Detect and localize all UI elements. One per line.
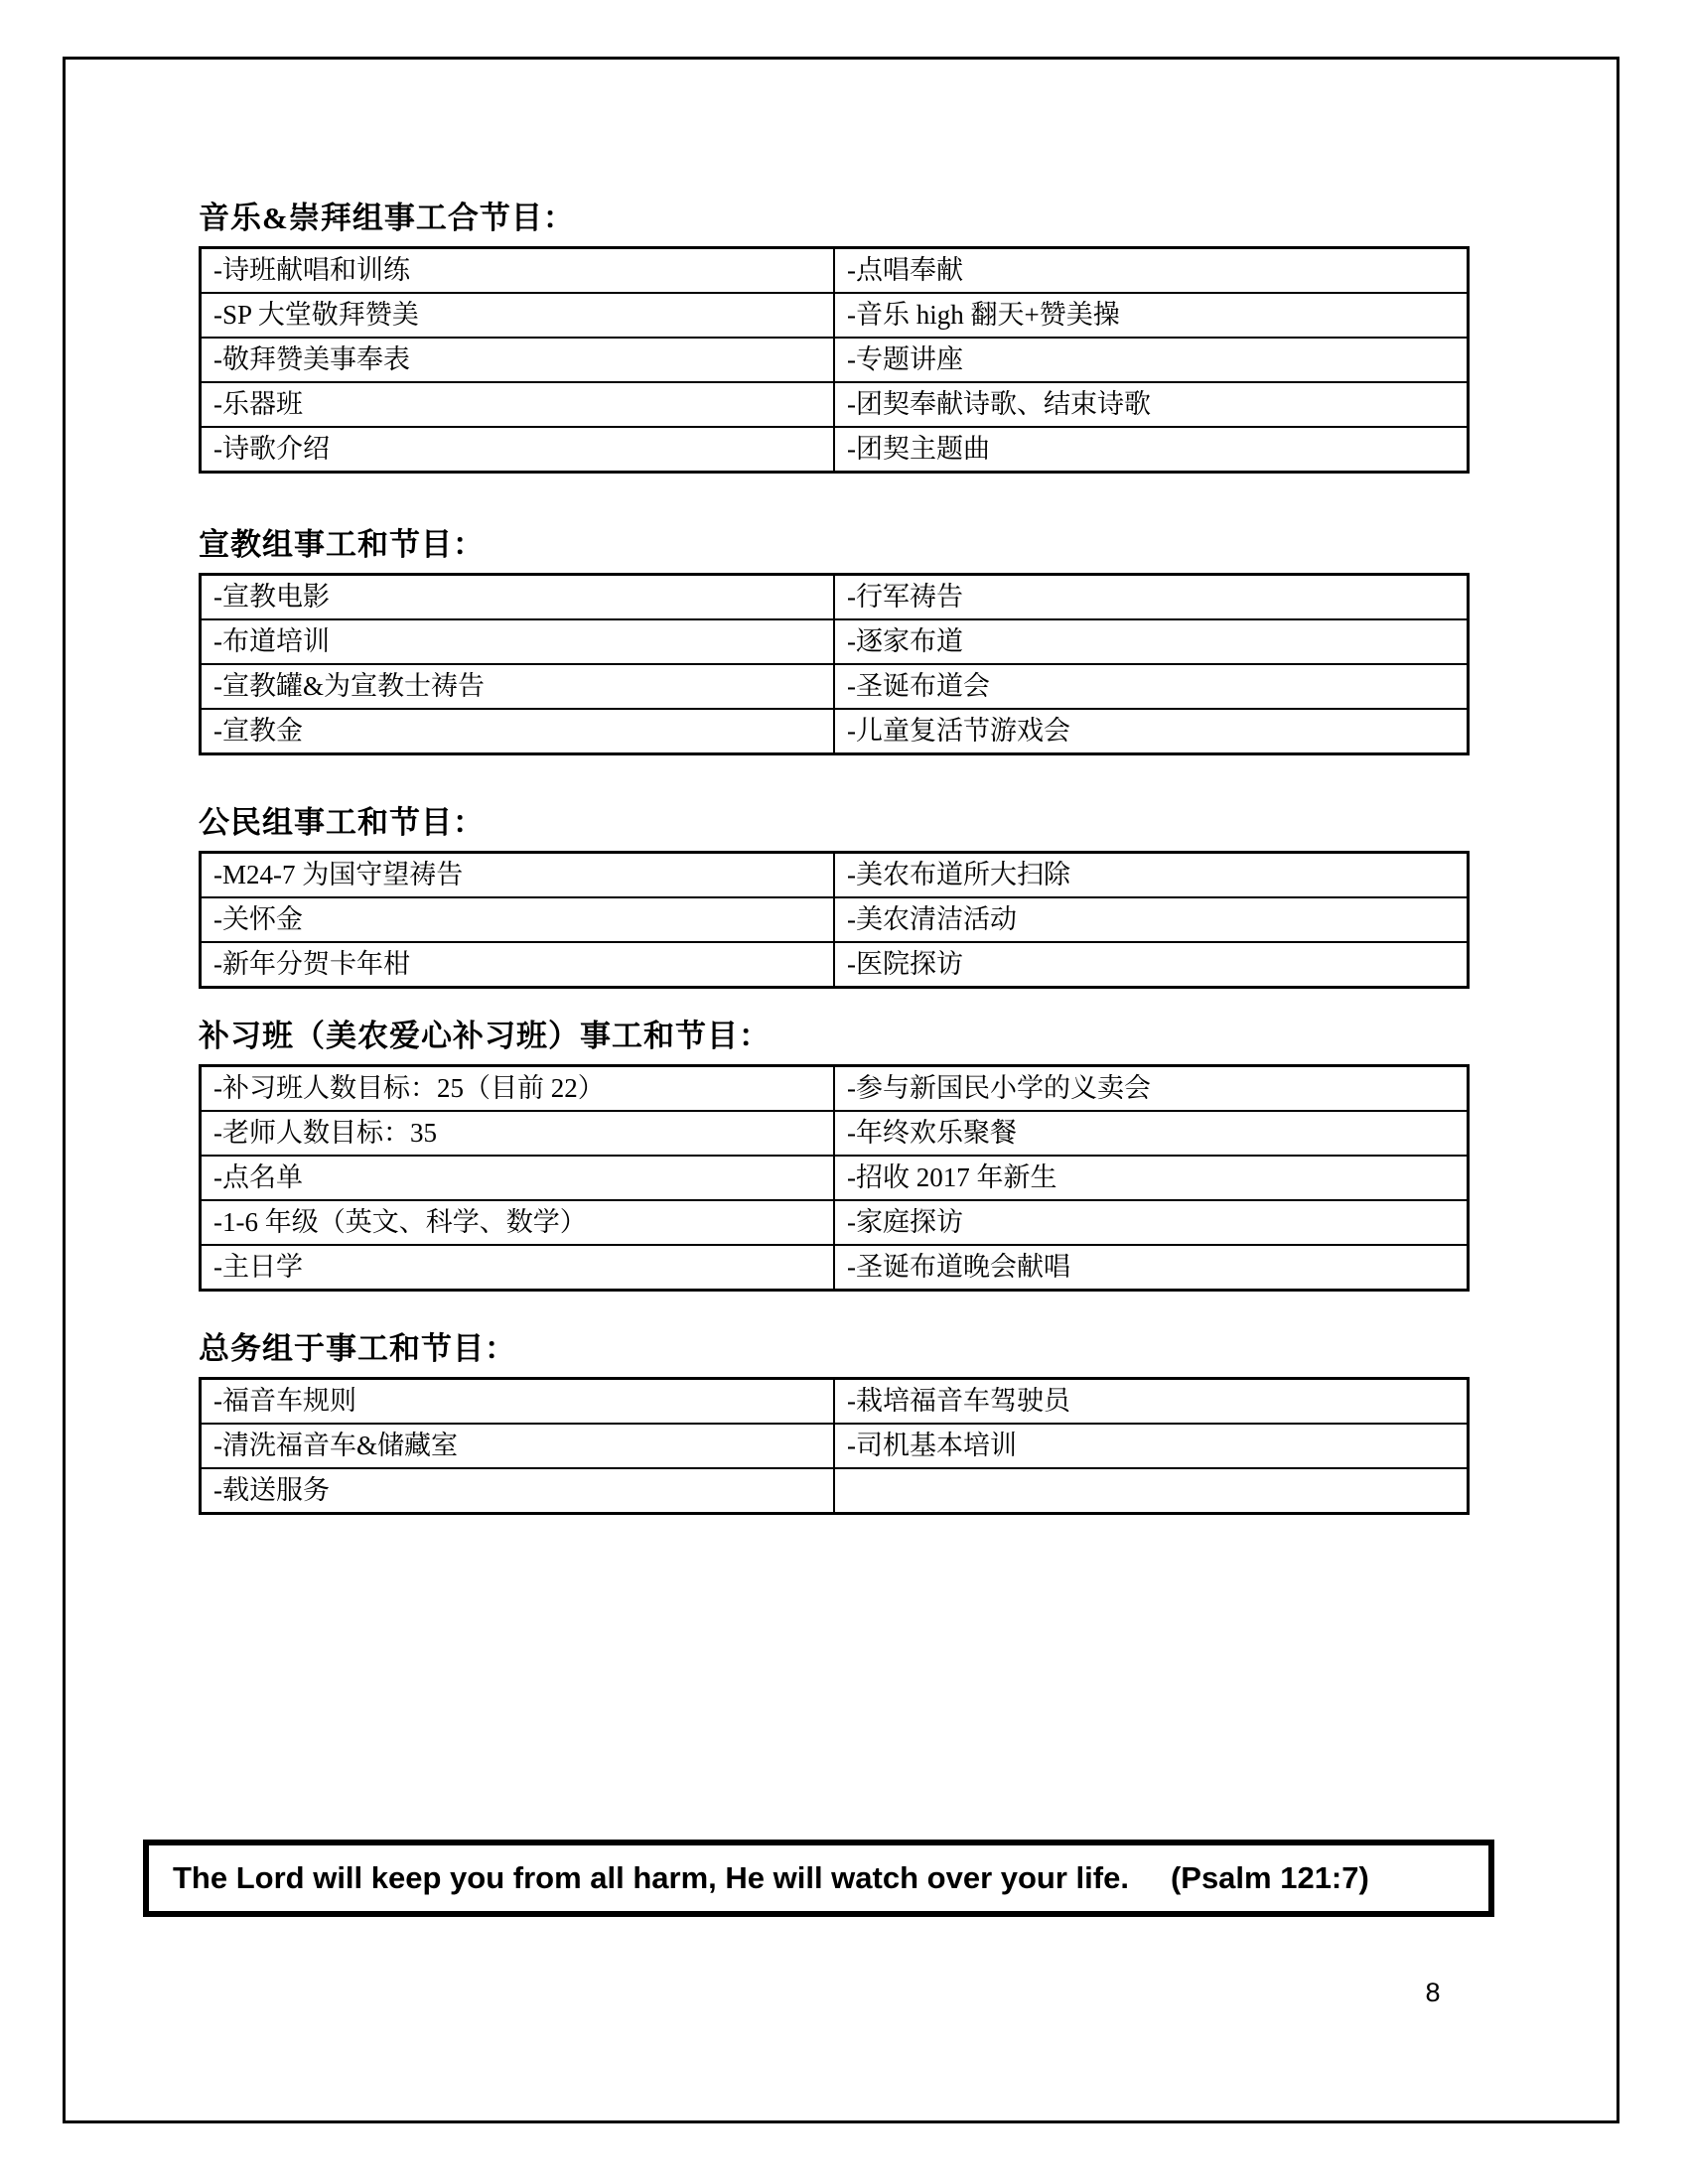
table-cell: -圣诞布道会	[834, 664, 1469, 709]
table-row: -诗班献唱和训练-点唱奉献	[201, 248, 1469, 294]
table-cell: -专题讲座	[834, 338, 1469, 382]
table-cell: -诗歌介绍	[201, 427, 835, 473]
table-cell: -美农清洁活动	[834, 897, 1469, 942]
section-table: -福音车规则-栽培福音车驾驶员-清洗福音车&储藏室-司机基本培训-载送服务	[199, 1377, 1470, 1515]
table-cell: -儿童复活节游戏会	[834, 709, 1469, 754]
table-cell: -主日学	[201, 1245, 835, 1291]
table-row: -关怀金-美农清洁活动	[201, 897, 1469, 942]
table-cell: -团契奉献诗歌、结束诗歌	[834, 382, 1469, 427]
section: 宣教组事工和节目： -宣教电影-行军祷告-布道培训-逐家布道-宣教罐&为宣教士祷…	[199, 525, 1470, 755]
table-row: -宣教电影-行军祷告	[201, 575, 1469, 620]
table-row: -新年分贺卡年柑-医院探访	[201, 942, 1469, 988]
table-cell: -逐家布道	[834, 619, 1469, 664]
table-row: -SP 大堂敬拜赞美-音乐 high 翻天+赞美操	[201, 293, 1469, 338]
quote-text: The Lord will keep you from all harm, He…	[173, 1860, 1129, 1896]
section-table: -补习班人数目标：25（目前 22）-参与新国民小学的义卖会-老师人数目标：35…	[199, 1064, 1470, 1292]
section: 补习班（美农爱心补习班）事工和节目： -补习班人数目标：25（目前 22）-参与…	[199, 1017, 1470, 1292]
table-cell: -乐器班	[201, 382, 835, 427]
table-cell: -1-6 年级（英文、科学、数学）	[201, 1200, 835, 1245]
table-row: -宣教罐&为宣教士祷告-圣诞布道会	[201, 664, 1469, 709]
table-cell: -圣诞布道晚会献唱	[834, 1245, 1469, 1291]
section-title: 总务组于事工和节目：	[199, 1329, 1470, 1369]
table-cell: -SP 大堂敬拜赞美	[201, 293, 835, 338]
table-cell: -福音车规则	[201, 1379, 835, 1425]
table-row: -1-6 年级（英文、科学、数学）-家庭探访	[201, 1200, 1469, 1245]
section-title: 公民组事工和节目：	[199, 803, 1470, 843]
section-table: -宣教电影-行军祷告-布道培训-逐家布道-宣教罐&为宣教士祷告-圣诞布道会-宣教…	[199, 573, 1470, 755]
table-row: -宣教金-儿童复活节游戏会	[201, 709, 1469, 754]
section: 音乐&崇拜组事工合节目： -诗班献唱和训练-点唱奉献-SP 大堂敬拜赞美-音乐 …	[199, 199, 1470, 474]
table-cell: -关怀金	[201, 897, 835, 942]
table-row: -补习班人数目标：25（目前 22）-参与新国民小学的义卖会	[201, 1066, 1469, 1112]
table-cell: -敬拜赞美事奉表	[201, 338, 835, 382]
section-table: -M24-7 为国守望祷告-美农布道所大扫除-关怀金-美农清洁活动-新年分贺卡年…	[199, 851, 1470, 989]
table-row: -乐器班-团契奉献诗歌、结束诗歌	[201, 382, 1469, 427]
table-row: -M24-7 为国守望祷告-美农布道所大扫除	[201, 853, 1469, 898]
table-cell	[834, 1468, 1469, 1514]
table-row: -主日学-圣诞布道晚会献唱	[201, 1245, 1469, 1291]
table-cell: -载送服务	[201, 1468, 835, 1514]
page-number: 8	[1418, 1978, 1448, 2008]
sections-container: 音乐&崇拜组事工合节目： -诗班献唱和训练-点唱奉献-SP 大堂敬拜赞美-音乐 …	[199, 199, 1470, 1515]
table-cell: -点唱奉献	[834, 248, 1469, 294]
table-cell: -补习班人数目标：25（目前 22）	[201, 1066, 835, 1112]
quote-box: The Lord will keep you from all harm, He…	[143, 1840, 1494, 1917]
table-cell: -司机基本培训	[834, 1424, 1469, 1468]
table-row: -载送服务	[201, 1468, 1469, 1514]
table-cell: -参与新国民小学的义卖会	[834, 1066, 1469, 1112]
table-cell: -清洗福音车&储藏室	[201, 1424, 835, 1468]
table-row: -老师人数目标：35-年终欢乐聚餐	[201, 1111, 1469, 1156]
section: 总务组于事工和节目： -福音车规则-栽培福音车驾驶员-清洗福音车&储藏室-司机基…	[199, 1329, 1470, 1515]
table-cell: -招收 2017 年新生	[834, 1156, 1469, 1200]
quote-reference: (Psalm 121:7)	[1171, 1860, 1369, 1896]
table-cell: -音乐 high 翻天+赞美操	[834, 293, 1469, 338]
table-cell: -团契主题曲	[834, 427, 1469, 473]
table-cell: -宣教金	[201, 709, 835, 754]
table-cell: -宣教电影	[201, 575, 835, 620]
table-row: -布道培训-逐家布道	[201, 619, 1469, 664]
section: 公民组事工和节目： -M24-7 为国守望祷告-美农布道所大扫除-关怀金-美农清…	[199, 803, 1470, 989]
table-cell: -医院探访	[834, 942, 1469, 988]
table-cell: -M24-7 为国守望祷告	[201, 853, 835, 898]
section-table: -诗班献唱和训练-点唱奉献-SP 大堂敬拜赞美-音乐 high 翻天+赞美操-敬…	[199, 246, 1470, 474]
table-cell: -行军祷告	[834, 575, 1469, 620]
table-cell: -诗班献唱和训练	[201, 248, 835, 294]
table-row: -点名单-招收 2017 年新生	[201, 1156, 1469, 1200]
table-row: -敬拜赞美事奉表-专题讲座	[201, 338, 1469, 382]
table-row: -福音车规则-栽培福音车驾驶员	[201, 1379, 1469, 1425]
table-cell: -宣教罐&为宣教士祷告	[201, 664, 835, 709]
table-row: -诗歌介绍-团契主题曲	[201, 427, 1469, 473]
table-cell: -点名单	[201, 1156, 835, 1200]
table-cell: -布道培训	[201, 619, 835, 664]
table-cell: -年终欢乐聚餐	[834, 1111, 1469, 1156]
section-title: 宣教组事工和节目：	[199, 525, 1470, 565]
table-row: -清洗福音车&储藏室-司机基本培训	[201, 1424, 1469, 1468]
table-cell: -老师人数目标：35	[201, 1111, 835, 1156]
section-title: 补习班（美农爱心补习班）事工和节目：	[199, 1017, 1470, 1056]
table-cell: -栽培福音车驾驶员	[834, 1379, 1469, 1425]
table-cell: -家庭探访	[834, 1200, 1469, 1245]
table-cell: -新年分贺卡年柑	[201, 942, 835, 988]
section-title: 音乐&崇拜组事工合节目：	[199, 199, 1470, 238]
table-cell: -美农布道所大扫除	[834, 853, 1469, 898]
